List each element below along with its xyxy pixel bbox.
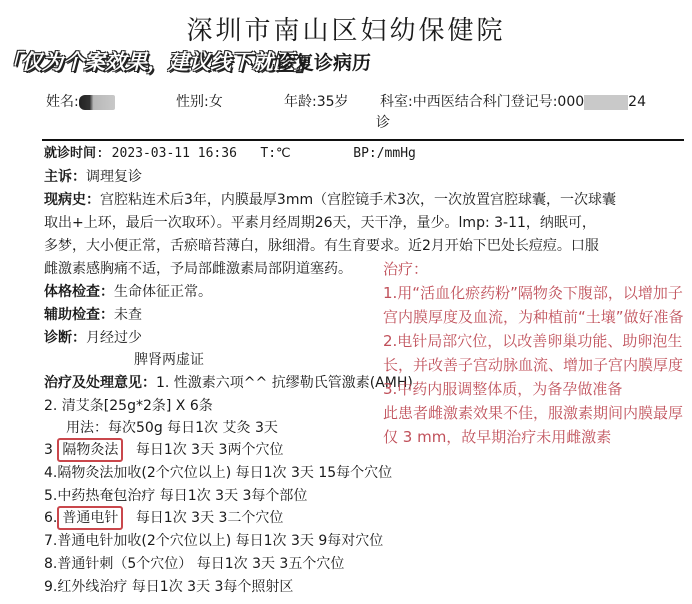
aux-value: 未查 <box>114 307 142 323</box>
annotation-point-3: 3.中药内服调整体质，为备孕做准备 <box>383 377 688 401</box>
visit-info: 就诊时间: 2023-03-11 16:36 T:℃ BP:/mmHg <box>44 142 416 161</box>
treatment-label: 治疗及处理意见： <box>44 375 156 391</box>
treatment-item1-text: 1. 性激素六项^^ 抗缪勒氏管激素(AMH) <box>156 375 413 391</box>
treatment-item-3: 3 隔物灸法 每日1次 3天 3两个穴位 <box>44 438 283 462</box>
department-line2: 诊 <box>376 112 390 132</box>
department-line1: 科室:中西医结合科门 <box>380 94 511 110</box>
annotation-note: 此患者雌激素效果不佳，服激素期间内膜最厚仅 3 mm，故早期治疗未用雌激素 <box>383 401 688 449</box>
physical-exam: 体格检查：生命体征正常。 <box>44 281 212 301</box>
redacted-name <box>79 95 115 110</box>
item3-detail: 每日1次 3天 3两个穴位 <box>136 442 284 458</box>
record-title: 诊复诊病历 <box>276 48 371 75</box>
complaint-label: 主诉： <box>44 169 86 185</box>
treatment-item-8: 8.普通针刺（5个穴位） 每日1次 3天 3五个穴位 <box>44 553 344 573</box>
patient-age: 年龄:35岁 <box>284 91 349 111</box>
history-line-3: 多梦，大小便正常，舌瘀暗苔薄白，脉细滑。有生育要求。近2月开始下巴处长痘痘。口服 <box>44 235 599 255</box>
reg-suffix: 24 <box>628 94 646 110</box>
treatment-item-7: 7.普通电针加收(2个穴位以上) 每日1次 3天 9每对穴位 <box>44 530 383 550</box>
diagnosis-label: 诊断： <box>44 330 86 346</box>
reg-label: 登记号:000 <box>511 94 584 110</box>
treatment-item-1: 治疗及处理意见：1. 性激素六项^^ 抗缪勒氏管激素(AMH) <box>44 372 413 392</box>
history-text: 宫腔粘连术后3年，内膜最厚3mm（宫腔镜手术3次，一次放置宫腔球囊，一次球囊 <box>100 192 616 208</box>
syndrome: 脾肾两虚证 <box>134 349 204 369</box>
highlighted-moxibustion: 隔物灸法 <box>57 438 123 462</box>
redacted-reg-number <box>584 95 628 110</box>
disclaimer-banner: 「仅为个案效果，建议线下就医」 <box>0 46 315 76</box>
history-line-2: 取出+上环，最后一次取环）。平素月经周期26天，天干净，量少。lmp: 3-11… <box>44 212 596 232</box>
history-line-1: 现病史：宫腔粘连术后3年，内膜最厚3mm（宫腔镜手术3次，一次放置宫腔球囊，一次… <box>44 189 616 209</box>
highlighted-electroacupuncture: 普通电针 <box>57 506 123 530</box>
item6-number: 6. <box>44 510 57 526</box>
complaint-value: 调理复诊 <box>86 169 142 185</box>
annotation-point-1: 1.用“活血化瘀药粉”隔物灸下腹部，以增加子宫内膜厚度及血流，为种植前“土壤”做… <box>383 281 688 329</box>
treatment-item-4: 4.隔物灸法加收(2个穴位以上) 每日1次 3天 15每个穴位 <box>44 462 392 482</box>
annotation-point-2: 2.电针局部穴位，以改善卵巢功能、助卵泡生长，并改善子宫动脉血流、增加子宫内膜厚… <box>383 329 688 377</box>
treatment-item-2-usage: 用法：每次50g 每日1次 艾灸 3天 <box>66 417 278 437</box>
visit-time-value: : 2023-03-11 16:36 T:℃ BP:/mmHg <box>96 146 416 161</box>
department: 科室:中西医结合科门登记号:00024 <box>380 91 646 111</box>
hospital-title: 深圳市南山区妇幼保健院 <box>0 10 692 47</box>
treatment-annotation: 治疗： 1.用“活血化瘀药粉”隔物灸下腹部，以增加子宫内膜厚度及血流，为种植前“… <box>383 257 688 449</box>
treatment-item-6: 6.普通电针 每日1次 3天 3二个穴位 <box>44 506 283 530</box>
chief-complaint: 主诉：调理复诊 <box>44 166 142 186</box>
diagnosis: 诊断：月经过少 <box>44 327 142 347</box>
header-divider <box>42 139 684 141</box>
exam-label: 体格检查： <box>44 284 114 300</box>
annotation-heading: 治疗： <box>383 257 688 281</box>
patient-gender: 性别:女 <box>176 91 223 111</box>
auxiliary-exam: 辅助检查：未查 <box>44 304 142 324</box>
aux-label: 辅助检查： <box>44 307 114 323</box>
item3-number: 3 <box>44 442 53 458</box>
treatment-item-9: 9.红外线治疗 每日1次 3天 3每个照射区 <box>44 576 293 596</box>
name-label: 姓名: <box>46 94 79 110</box>
history-line-4: 雌激素感胸痛不适，予局部雌激素局部阴道塞药。 <box>44 258 352 278</box>
visit-time-label: 就诊时间 <box>44 146 96 161</box>
patient-name: 姓名: <box>46 91 115 111</box>
diagnosis-value: 月经过少 <box>86 330 142 346</box>
exam-value: 生命体征正常。 <box>114 284 212 300</box>
item6-detail: 每日1次 3天 3二个穴位 <box>136 510 284 526</box>
history-label: 现病史： <box>44 192 100 208</box>
treatment-item-2: 2. 清艾条[25g*2条] X 6条 <box>44 395 213 415</box>
treatment-item-5: 5.中药热奄包治疗 每日1次 3天 3每个部位 <box>44 485 307 505</box>
